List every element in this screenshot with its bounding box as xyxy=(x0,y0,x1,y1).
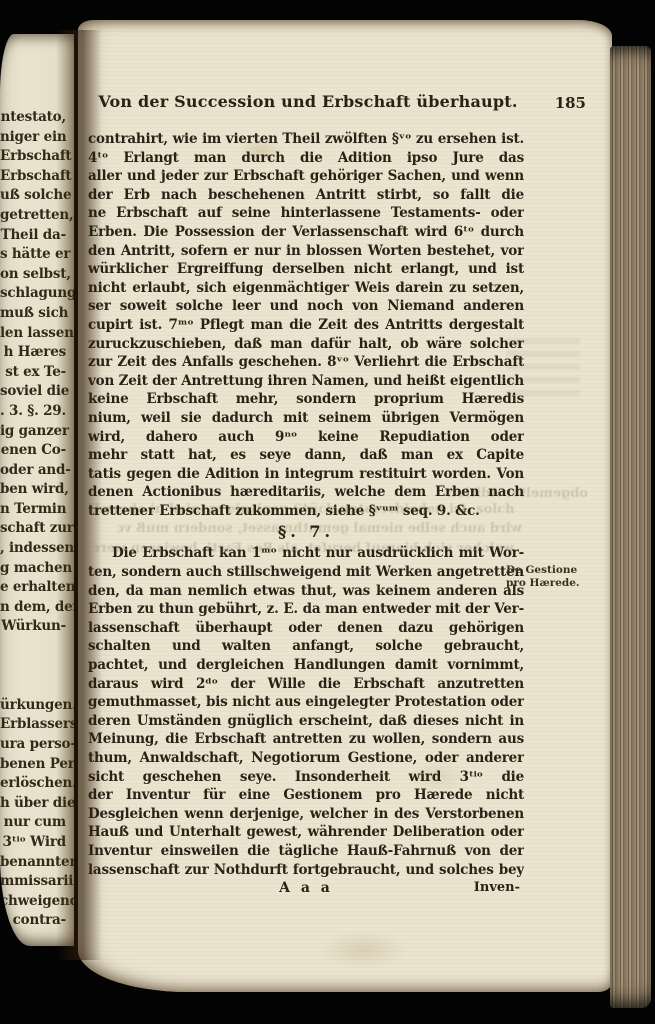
catchword: Inven- xyxy=(474,880,520,895)
paper-stain xyxy=(318,930,408,970)
text-line: zur Zeit des Anfalls geschehen. 8ᵛᵒ Verl… xyxy=(88,353,524,372)
section-heading: §. 7. xyxy=(88,520,524,544)
text-line: Inventur einsweilen die tägliche Hauß-Fa… xyxy=(88,842,524,861)
text-line: den, da man nemlich etwas thut, was kein… xyxy=(88,582,524,601)
cut-text-line: ig ganzer xyxy=(0,422,66,442)
text-line: Meinung, die Erbschaft antretten zu woll… xyxy=(88,730,524,749)
cut-text-line: on selbst, xyxy=(0,265,66,285)
cut-text-line: . 3. §. 29. xyxy=(0,402,66,422)
cut-text-line: , indessen xyxy=(0,539,66,559)
text-line: gemuthmasset, bis nicht aus eingelegter … xyxy=(88,693,524,712)
text-line: thum, Anwaldschaft, Negotiorum Gestione,… xyxy=(88,749,524,768)
text-line: ten, sondern auch stillschweigend mit We… xyxy=(88,563,524,582)
text-line: nicht erlaubt, sich eigenmächtiger Weis … xyxy=(88,279,524,298)
cut-text-line: enen Co- xyxy=(0,441,66,461)
cut-text-line: contra- xyxy=(0,911,66,931)
text-line: schalten und walten anfangt, solche gebr… xyxy=(88,637,524,656)
signature-row: A a a Inven- xyxy=(88,880,524,900)
left-page-cut-text: ntestato,niger einErbschaftErbschaftuß s… xyxy=(0,108,66,931)
cut-text-line: chweigend xyxy=(0,892,66,912)
text-line: den Antritt, sofern er nur in blossen Wo… xyxy=(88,242,524,261)
cut-text-line: soviel die xyxy=(0,382,66,402)
text-column: contrahirt, wie im vierten Theil zwölfte… xyxy=(88,130,524,900)
cut-text-line: h Hæres xyxy=(0,343,66,363)
cut-text-line: muß sich xyxy=(0,304,66,324)
text-line: ser soweit solche leer und noch von Niem… xyxy=(88,297,524,316)
margin-note-line: De Gestione xyxy=(506,564,588,577)
text-line: contrahirt, wie im vierten Theil zwölfte… xyxy=(88,130,524,149)
text-line: Hauß und Unterhalt gewest, währender Del… xyxy=(88,823,524,842)
text-line: sicht geschehen seye. Insonderheit wird … xyxy=(88,768,524,787)
cut-text-line xyxy=(0,676,66,696)
page-number: 185 xyxy=(555,94,586,112)
cut-text-line: benen Per- xyxy=(0,755,66,775)
text-line: Erben. Die Possession der Verlassenschaf… xyxy=(88,223,524,242)
text-line: der Inventur für eine Gestionem pro Hære… xyxy=(88,786,524,805)
cut-text-line: ntestato, xyxy=(0,108,66,128)
text-line: der Erb nach beschehenen Antritt stirbt,… xyxy=(88,186,524,205)
text-line: 4ᵗᵒ Erlangt man durch die Adition ipso J… xyxy=(88,149,524,168)
cut-text-line: s hätte er xyxy=(0,245,66,265)
cut-text-line: Würkun- xyxy=(0,617,66,637)
text-line: lassenschaft überhaupt oder denen dazu g… xyxy=(88,619,524,638)
text-line: deren Umständen gnüglich erscheint, daß … xyxy=(88,712,524,731)
text-line: aller und jeder zur Erbschaft gehöriger … xyxy=(88,167,524,186)
page-header: Von der Succession und Erbschaft überhau… xyxy=(88,92,528,114)
cut-text-line: n Termin xyxy=(0,500,66,520)
cut-text-line: len lassen. xyxy=(0,324,66,344)
cut-text-line: mmissariis xyxy=(0,872,66,892)
text-line: von Zeit der Antrettung ihren Namen, und… xyxy=(88,372,524,391)
cut-text-line: g machen xyxy=(0,559,66,579)
cut-text-line xyxy=(0,637,66,657)
cut-text-line: st ex Te- xyxy=(0,363,66,383)
cut-text-line: ürkungen. xyxy=(0,696,66,716)
running-title: Von der Succession und Erbschaft überhau… xyxy=(88,92,528,111)
text-line: wird, dahero auch 9ⁿᵒ keine Repudiation … xyxy=(88,428,524,447)
cut-text-line: schlagung xyxy=(0,284,66,304)
cut-text-line: uß solche xyxy=(0,186,66,206)
cut-text-line: ben wird, xyxy=(0,480,66,500)
cut-text-line: h über die xyxy=(0,794,66,814)
text-line: keine Erbschaft mehr, sondern proprium H… xyxy=(88,390,524,409)
book-page: Von der Succession und Erbschaft überhau… xyxy=(78,20,612,992)
page-edge-stack xyxy=(610,46,651,1008)
cut-text-line: benannten xyxy=(0,853,66,873)
cut-text-line: 3ᵗⁱᵒ Wird xyxy=(0,833,66,853)
text-line: Desgleichen wenn derjenige, welcher in d… xyxy=(88,805,524,824)
cut-text-line: ura perso- xyxy=(0,735,66,755)
text-line: cupirt ist. 7ᵐᵒ Pflegt man die Zeit des … xyxy=(88,316,524,335)
text-line: zuruckzuschieben, daß man dafür halt, ob… xyxy=(88,335,524,354)
cut-text-line: Erblassers xyxy=(0,715,66,735)
text-line: Die Erbschaft kan 1ᵐᵒ nicht nur ausdrück… xyxy=(88,544,524,563)
cut-text-line: getretten, xyxy=(0,206,66,226)
text-line: mehr statt hat, es seye dann, daß man ex… xyxy=(88,446,524,465)
text-line: denen Actionibus hæreditariis, welche de… xyxy=(88,483,524,502)
text-line: Erben zu thun gebührt, z. E. da man entw… xyxy=(88,600,524,619)
text-line: nium, weil sie dadurch mit seinem übrige… xyxy=(88,409,524,428)
paragraph-continuation: contrahirt, wie im vierten Theil zwölfte… xyxy=(88,130,524,520)
cut-text-line: Erbschaft xyxy=(0,167,66,187)
text-line: würklicher Ergreiffung derselben nicht e… xyxy=(88,260,524,279)
margin-note: De Gestione pro Hærede. xyxy=(506,564,588,589)
text-line: tatis gegen die Adition in integrum rest… xyxy=(88,465,524,484)
text-line: pachtet, und dergleichen Handlungen dami… xyxy=(88,656,524,675)
left-page-edge: ntestato,niger einErbschaftErbschaftuß s… xyxy=(0,34,74,946)
cut-text-line: n dem, der xyxy=(0,598,66,618)
text-line: trettener Erbschaft zukommen, siehe §ᵛᵘᵐ… xyxy=(88,502,524,521)
cut-text-line: oder and- xyxy=(0,461,66,481)
text-line: daraus wird 2ᵈᵒ der Wille die Erbschaft … xyxy=(88,675,524,694)
margin-note-line: pro Hærede. xyxy=(506,577,588,590)
cut-text-line: erlöschen. xyxy=(0,774,66,794)
signature-mark: A a a xyxy=(88,880,524,896)
cut-text-line xyxy=(0,657,66,677)
cut-text-line: e erhalten xyxy=(0,578,66,598)
cut-text-line: schaft zur xyxy=(0,519,66,539)
cut-text-line: nur cum xyxy=(0,813,66,833)
paragraph-section-7: Die Erbschaft kan 1ᵐᵒ nicht nur ausdrück… xyxy=(88,544,524,879)
text-line: ne Erbschaft auf seine hinterlassene Tes… xyxy=(88,204,524,223)
cut-text-line: Erbschaft xyxy=(0,147,66,167)
book-photo: ntestato,niger einErbschaftErbschaftuß s… xyxy=(0,0,655,1024)
cut-text-line: niger ein xyxy=(0,128,66,148)
text-line: lassenschaft zur Nothdurft fortgebraucht… xyxy=(88,861,524,880)
cut-text-line: Theil da- xyxy=(0,226,66,246)
